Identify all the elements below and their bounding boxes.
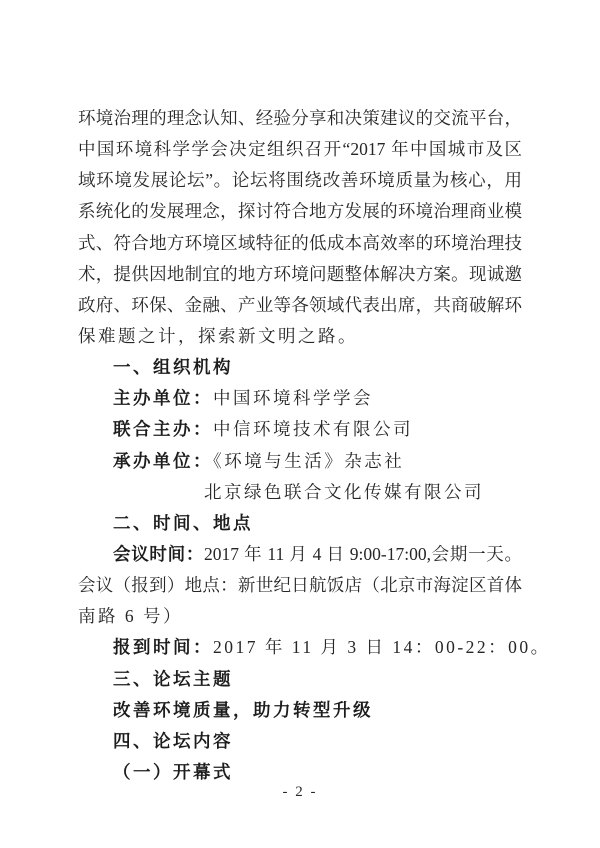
forum-theme-line: 改善环境质量，助力转型升级 [78,695,522,726]
co-host-value: 中信环境技术有限公司 [213,419,413,439]
host-value: 中国环境科学学会 [213,388,373,408]
heading-text: 一、组织机构 [113,357,233,377]
heading-forum-content: 四、论坛内容 [78,726,522,757]
intro-text: 域环境发展论坛”。论坛将围绕改善环境质量为核心，用 [78,170,522,190]
undertaker-value: 《环境与生活》杂志社 [213,451,404,471]
heading-forum-theme: 三、论坛主题 [78,664,522,695]
intro-text: 式、符合地方环境区域特征的低成本高效率的环境治理技 [78,233,522,253]
checkin-label: 报到时间： [113,637,213,657]
intro-paragraph-line-5: 式、符合地方环境区域特征的低成本高效率的环境治理技 [78,228,522,259]
undertaker-label: 承办单位： [113,451,213,471]
intro-text: 中国环境科学学会决定组织召开“2017 年中国城市及区 [78,139,522,159]
heading-text: 三、论坛主题 [113,669,233,689]
intro-text: 术，提供因地制宜的地方环境问题整体解决方案。现诚邀 [78,264,522,284]
page-number: - 2 - [0,784,600,801]
intro-paragraph-line-1: 环境治理的理念认知、经验分享和决策建议的交流平台， [78,103,522,134]
intro-text: 保难题之计，探索新文明之路。 [78,326,358,346]
heading-time-location: 二、时间、地点 [78,508,522,539]
intro-text: 政府、环保、金融、产业等各领域代表出席，共商破解环 [78,295,522,315]
checkin-time-line: 报到时间：2017 年 11 月 3 日 14：00-22：00。 [78,632,522,663]
intro-paragraph-line-4: 系统化的发展理念，探讨符合地方发展的环境治理商业模 [78,196,522,227]
undertaker-value-2: 北京绿色联合文化传媒有限公司 [204,482,484,502]
forum-content-item: （一）开幕式 [113,762,233,782]
undertaker-continuation-line: 北京绿色联合文化传媒有限公司 [78,477,522,508]
document-page: 环境治理的理念认知、经验分享和决策建议的交流平台， 中国环境科学学会决定组织召开… [0,0,600,848]
meeting-time-label: 会议时间： [113,544,204,564]
host-organizer-line: 主办单位：中国环境科学学会 [78,383,522,414]
location-text-2: 南路 6 号） [78,606,183,626]
theme-text: 改善环境质量，助力转型升级 [113,700,373,720]
intro-paragraph-line-8: 保难题之计，探索新文明之路。 [78,321,522,352]
intro-paragraph-line-7: 政府、环保、金融、产业等各领域代表出席，共商破解环 [78,290,522,321]
heading-text: 二、时间、地点 [113,513,253,533]
meeting-location-continuation-line: 南路 6 号） [78,601,522,632]
intro-paragraph-line-2: 中国环境科学学会决定组织召开“2017 年中国城市及区 [78,134,522,165]
meeting-time-value: 2017 年 11 月 4 日 9:00-17:00,会期一天。 [204,544,522,564]
undertaker-line: 承办单位：《环境与生活》杂志社 [78,446,522,477]
host-label: 主办单位： [113,388,213,408]
heading-organization: 一、组织机构 [78,352,522,383]
document-body: 环境治理的理念认知、经验分享和决策建议的交流平台， 中国环境科学学会决定组织召开… [78,103,522,788]
co-organizer-line: 联合主办：中信环境技术有限公司 [78,414,522,445]
intro-text: 环境治理的理念认知、经验分享和决策建议的交流平台， [78,108,522,128]
meeting-location-line: 会议（报到）地点：新世纪日航饭店（北京市海淀区首体 [78,570,522,601]
checkin-value: 2017 年 11 月 3 日 14：00-22：00。 [213,637,551,657]
intro-paragraph-line-3: 域环境发展论坛”。论坛将围绕改善环境质量为核心，用 [78,165,522,196]
intro-text: 系统化的发展理念，探讨符合地方发展的环境治理商业模 [78,201,522,221]
location-text: 会议（报到）地点：新世纪日航饭店（北京市海淀区首体 [78,575,522,595]
meeting-time-line: 会议时间：2017 年 11 月 4 日 9:00-17:00,会期一天。 [78,539,522,570]
co-host-label: 联合主办： [113,419,213,439]
heading-text: 四、论坛内容 [113,731,233,751]
intro-paragraph-line-6: 术，提供因地制宜的地方环境问题整体解决方案。现诚邀 [78,259,522,290]
